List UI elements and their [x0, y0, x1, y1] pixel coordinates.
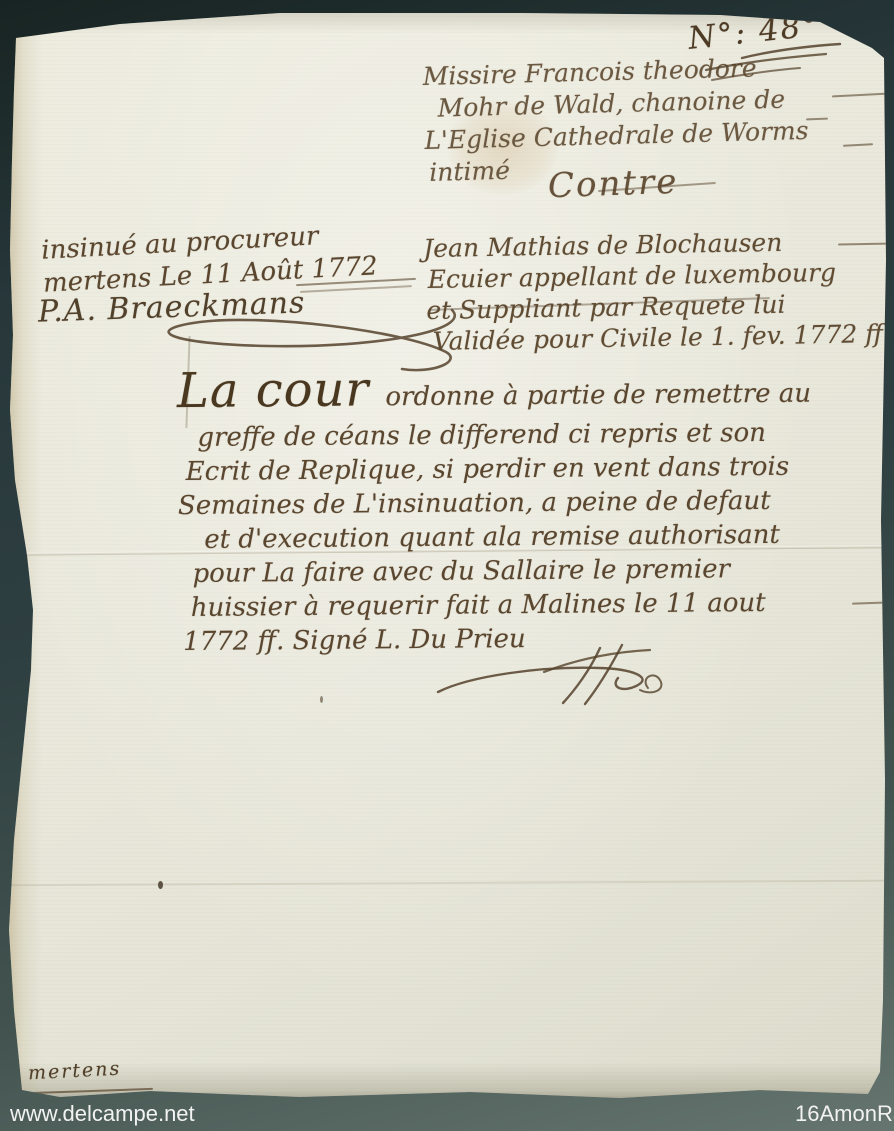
photo-of-document: N°: 48° Missire Francois theodore Mohr d… — [0, 0, 894, 1131]
ink-speck — [158, 881, 163, 889]
document-number: N°: 48° — [686, 7, 821, 57]
document-paper: N°: 48° Missire Francois theodore Mohr d… — [0, 0, 894, 1131]
court-order-opening: La cour — [177, 361, 370, 419]
ink-dash — [832, 93, 888, 98]
defendant-line: Validée pour Civile le 1. fev. 1772 ff. — [433, 318, 892, 357]
ink-dash — [806, 118, 828, 121]
ink-speck — [320, 696, 323, 703]
watermark-seller: 16AmonRa — [795, 1101, 894, 1127]
court-order-line: 1772 ff. Signé L. Du Prieu — [183, 619, 885, 659]
paper-bottom-edge-shading — [0, 1062, 894, 1102]
paper-left-edge-shading — [8, 30, 42, 1100]
defendant-block: Jean Mathias de Blochausen Ecuier appell… — [423, 225, 891, 357]
horizontal-fold-crease-faint — [0, 880, 894, 887]
contre-label: Contre — [547, 162, 679, 207]
court-order-line: Ecrit de Replique, si perdir en vent dan… — [186, 449, 884, 489]
court-order-body: La cour ordonne à partie de remettre au … — [177, 357, 886, 659]
ink-dash — [843, 143, 873, 147]
watermark-delcampe: www.delcampe.net — [10, 1101, 195, 1127]
court-order-line: ordonne à partie de remettre au — [385, 379, 811, 413]
